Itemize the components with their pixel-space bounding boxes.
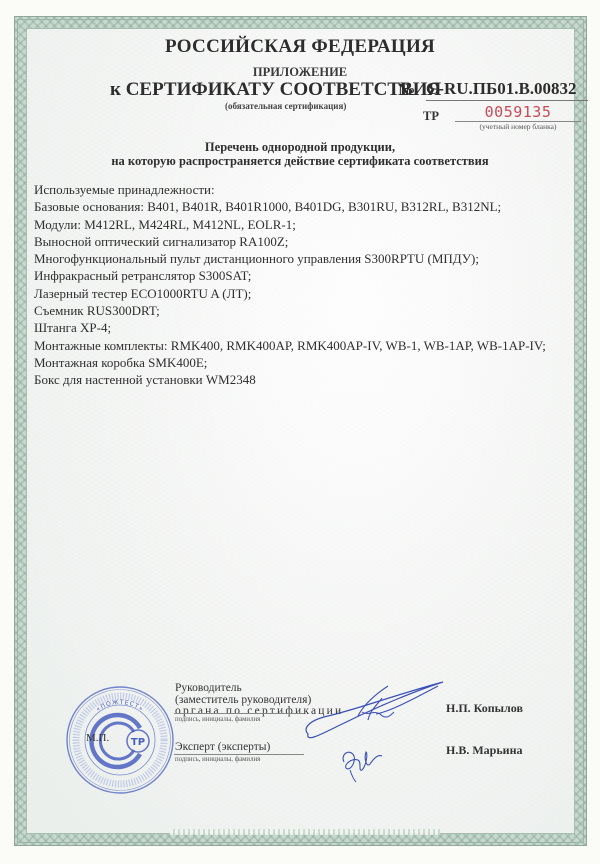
- list-item: Бокс для настенной установки WM2348: [34, 371, 546, 388]
- expert-signature-icon: [336, 742, 386, 784]
- certification-type: (обязательная сертификация): [225, 101, 346, 111]
- list-item: Выносной оптический сигнализатор RA100Z;: [34, 233, 546, 250]
- product-list: Используемые принадлежности: Базовые осн…: [34, 181, 546, 389]
- country-heading: РОССИЙСКАЯ ФЕДЕРАЦИЯ: [0, 36, 600, 58]
- list-title-line-2: на которую распространяется действие сер…: [0, 154, 600, 169]
- footer-microtext-strip: [170, 829, 440, 835]
- list-item: Съемник RUS300DRT;: [34, 302, 546, 319]
- certificate-title: к СЕРТИФИКАТУ СООТВЕТСТВИЯ: [110, 79, 441, 101]
- head-name: Н.П. Копылов: [446, 701, 523, 716]
- list-item: Инфракрасный ретранслятор S300SAT;: [34, 267, 546, 284]
- list-title-line-1: Перечень однородной продукции,: [0, 140, 600, 155]
- certification-stamp-icon: «ПОЖТЕСТ» ТР: [64, 684, 176, 796]
- list-item: Монтажная коробка SMK400E;: [34, 354, 546, 371]
- list-item: Базовые основания: B401, B401R, B401R100…: [34, 198, 546, 215]
- svg-text:ТР: ТР: [131, 737, 145, 748]
- expert-signature-caption: подпись, инициалы, фамилия: [175, 756, 260, 763]
- form-serial-number: 0059135: [455, 103, 581, 122]
- form-series: ТР: [423, 109, 439, 124]
- list-item: Используемые принадлежности:: [34, 181, 546, 198]
- certificate-number: C-RU.ПБ01.В.00832: [426, 79, 588, 101]
- expert-name: Н.В. Марьина: [446, 743, 523, 758]
- list-item: Монтажные комплекты: RMK400, RMK400AP, R…: [34, 337, 546, 354]
- head-signature-line: [174, 713, 304, 714]
- seal-place-label: М.П.: [86, 732, 109, 744]
- head-signature-caption: подпись, инициалы, фамилия: [175, 716, 260, 723]
- expert-signature-line: [174, 754, 304, 755]
- list-item: Лазерный тестер ECO1000RTU A (ЛТ);: [34, 285, 546, 302]
- list-item: Модули: M412RL, M424RL, M412NL, EOLR-1;: [34, 216, 546, 233]
- list-item: Штанга XP-4;: [34, 319, 546, 336]
- list-item: Многофункциональный пульт дистанционного…: [34, 250, 546, 267]
- expert-label: Эксперт (эксперты): [175, 741, 270, 753]
- annex-heading: ПРИЛОЖЕНИЕ: [0, 65, 600, 80]
- form-number-caption: (учетный номер бланка): [455, 122, 581, 131]
- number-sign: №: [398, 80, 415, 100]
- head-signature-icon: [298, 676, 448, 746]
